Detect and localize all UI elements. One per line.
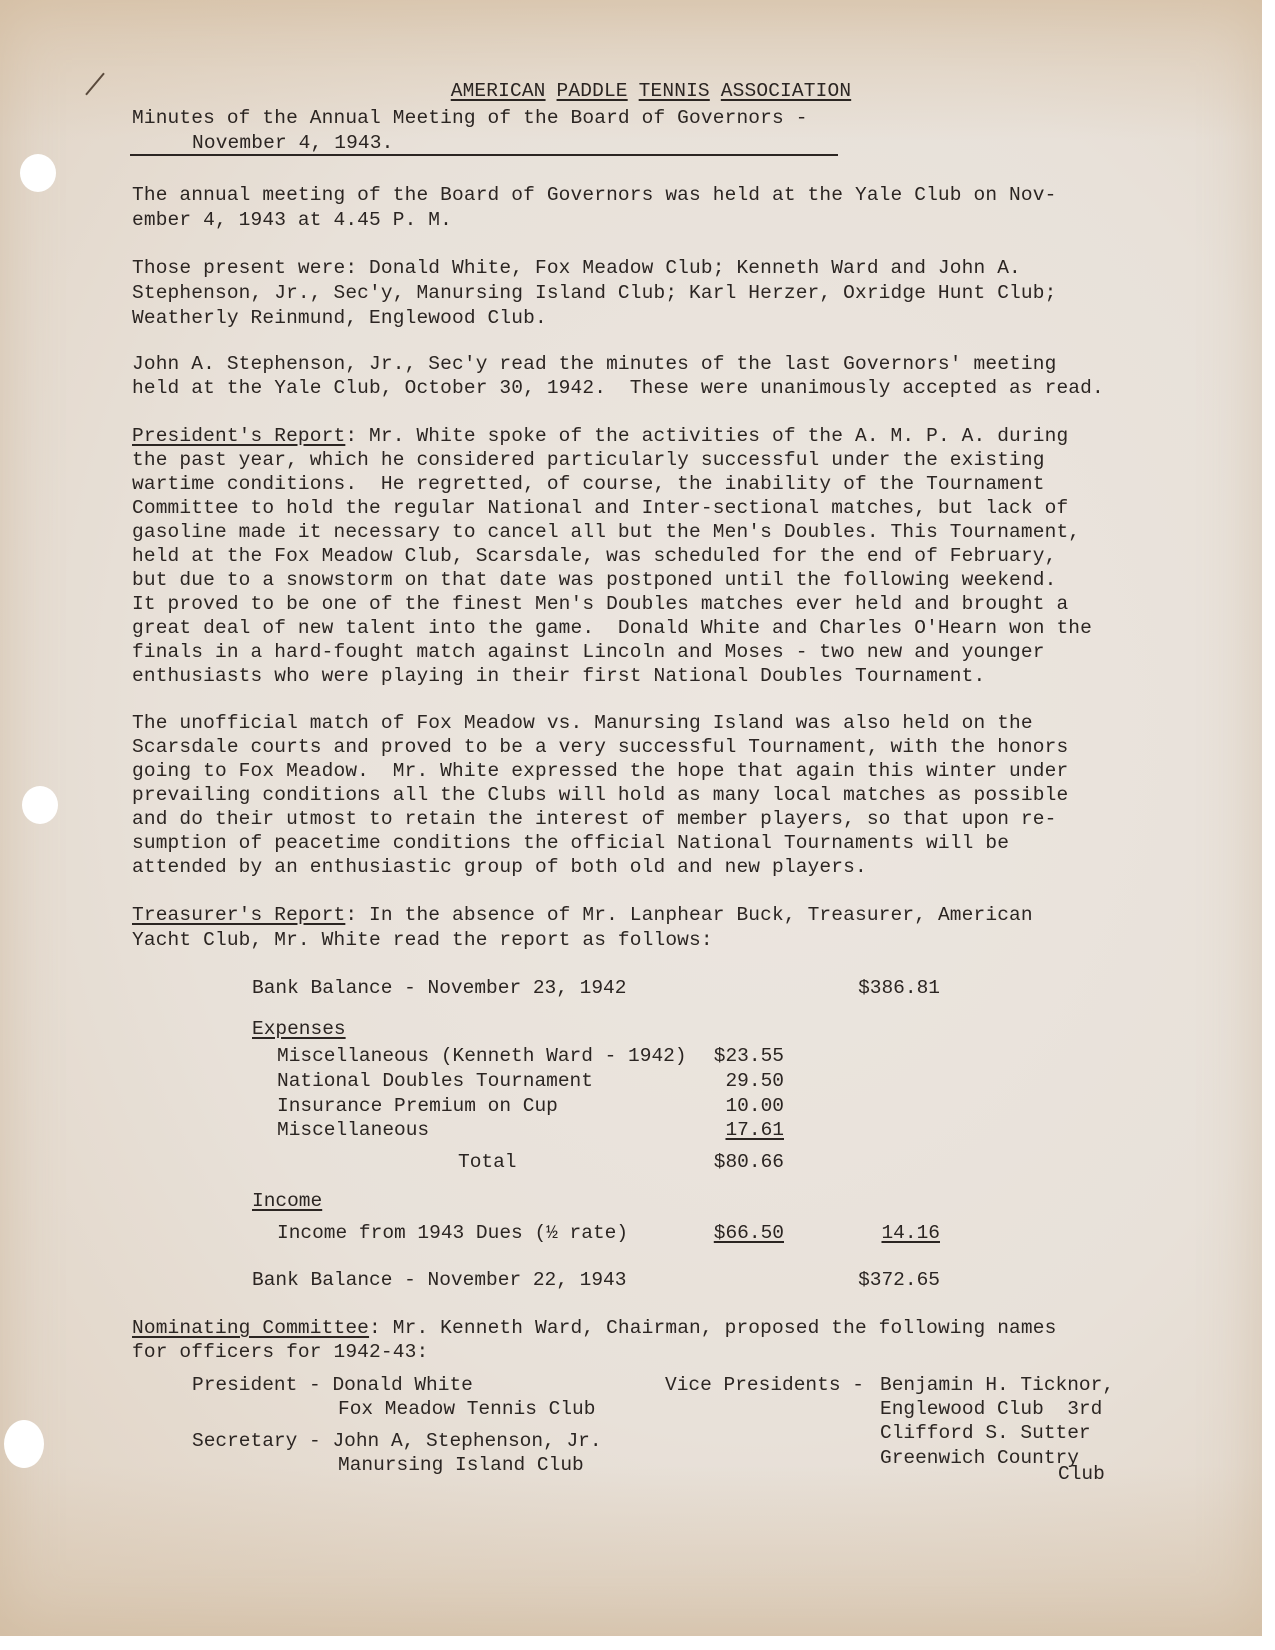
punch-hole <box>20 154 56 192</box>
secretary-nominee: Secretary - John A, Stephenson, Jr. <box>192 1429 602 1454</box>
expense-amount: 10.00 <box>680 1094 784 1119</box>
title-word: TENNIS <box>639 80 710 102</box>
unofficial-match-line: attended by an enthusiastic group of bot… <box>132 855 867 880</box>
nominating-line: for officers for 1942-43: <box>132 1340 428 1365</box>
vice-presidents-label: Vice Presidents - <box>665 1373 876 1398</box>
punch-hole <box>22 786 58 824</box>
closing-balance-amount: $372.65 <box>820 1268 940 1293</box>
opening-balance-amount: $386.81 <box>820 976 940 1001</box>
net-change-underlined: 14.16 <box>881 1222 940 1244</box>
expenses-total-label: Total <box>458 1150 517 1175</box>
nominee-club: Manursing Island Club <box>338 1453 584 1478</box>
vice-president-line: Clifford S. Sutter <box>880 1421 1091 1446</box>
president-report-line: gasoline made it necessary to cancel all… <box>132 520 1080 545</box>
vice-president-line: Benjamin H. Ticknor, <box>880 1373 1114 1398</box>
president-report-line: held at the Fox Meadow Club, Scarsdale, … <box>132 544 1056 569</box>
expense-amount: $23.55 <box>680 1044 784 1069</box>
president-report-heading: President's Report <box>132 425 345 447</box>
intro-line: ember 4, 1943 at 4.45 P. M. <box>132 208 452 233</box>
expense-label: Insurance Premium on Cup <box>277 1094 558 1119</box>
document-title: AMERICANPADDLETENNISASSOCIATION <box>427 54 862 104</box>
expense-label: National Doubles Tournament <box>277 1069 593 1094</box>
president-report-line: great deal of new talent into the game. … <box>132 616 1092 641</box>
expenses-total-amount: $80.66 <box>680 1150 784 1175</box>
treasurer-report-line: Yacht Club, Mr. White read the report as… <box>132 928 713 953</box>
treasurer-report-first-line: Treasurer's Report: In the absence of Mr… <box>132 903 1033 928</box>
unofficial-match-line: prevailing conditions all the Clubs will… <box>132 783 1068 808</box>
expense-label: Miscellaneous (Kenneth Ward - 1942) <box>277 1044 687 1069</box>
unofficial-match-line: The unofficial match of Fox Meadow vs. M… <box>132 711 1033 736</box>
unofficial-match-line: going to Fox Meadow. Mr. White expressed… <box>132 759 1068 784</box>
president-report-line: wartime conditions. He regretted, of cou… <box>132 472 1045 497</box>
nominee-name: John A, Stephenson, Jr. <box>332 1430 601 1452</box>
expense-amount: 29.50 <box>680 1069 784 1094</box>
minutes-line: held at the Yale Club, October 30, 1942.… <box>132 376 1104 401</box>
president-report-line: Committee to hold the regular National a… <box>132 496 1068 521</box>
present-line: Those present were: Donald White, Fox Me… <box>132 256 1021 281</box>
unofficial-match-line: sumption of peacetime conditions the off… <box>132 831 1009 856</box>
net-change-amount: 14.16 <box>820 1221 940 1246</box>
president-report-line: It proved to be one of the finest Men's … <box>132 592 1068 617</box>
vice-president-line: Greenwich Country <box>880 1446 1079 1471</box>
title-word: PADDLE <box>557 80 628 102</box>
nominating-text: : Mr. Kenneth Ward, Chairman, proposed t… <box>369 1317 1056 1339</box>
title-word: AMERICAN <box>451 80 546 102</box>
president-report-line: enthusiasts who were playing in their fi… <box>132 664 985 689</box>
subtitle-underline <box>130 154 838 156</box>
present-line: Weatherly Reinmund, Englewood Club. <box>132 306 547 331</box>
meeting-date: November 4, 1943. <box>192 131 393 156</box>
opening-balance-label: Bank Balance - November 23, 1942 <box>252 976 626 1001</box>
income-label: Income from 1943 Dues (½ rate) <box>277 1221 628 1246</box>
role-label: President - <box>192 1374 332 1396</box>
nominating-heading: Nominating Committee <box>132 1317 369 1339</box>
president-report-first-line: President's Report: Mr. White spoke of t… <box>132 424 1068 449</box>
nominee-club: Fox Meadow Tennis Club <box>338 1397 595 1422</box>
income-amount-underlined: $66.50 <box>714 1222 784 1244</box>
president-report-line: but due to a snowstorm on that date was … <box>132 568 1056 593</box>
expense-amount: 17.61 <box>680 1118 784 1143</box>
vice-president-overflow: Club <box>1058 1462 1105 1487</box>
unofficial-match-line: Scarsdale courts and proved to be a very… <box>132 735 1068 760</box>
vice-president-line: Englewood Club 3rd <box>880 1397 1102 1422</box>
president-report-line: the past year, which he considered parti… <box>132 448 1045 473</box>
president-report-line: finals in a hard-fought match against Li… <box>132 640 1045 665</box>
nominee-name: Donald White <box>332 1374 472 1396</box>
income-amount: $66.50 <box>680 1221 784 1246</box>
expense-amount-underlined: 17.61 <box>725 1119 784 1141</box>
closing-balance-label: Bank Balance - November 22, 1943 <box>252 1268 626 1293</box>
expense-label: Miscellaneous <box>277 1118 429 1143</box>
president-nominee: President - Donald White <box>192 1373 473 1398</box>
expenses-heading: Expenses <box>252 1017 346 1042</box>
treasurer-report-text: : In the absence of Mr. Lanphear Buck, T… <box>345 904 1032 926</box>
intro-line: The annual meeting of the Board of Gover… <box>132 183 1056 208</box>
present-line: Stephenson, Jr., Sec'y, Manursing Island… <box>132 281 1056 306</box>
nominating-first-line: Nominating Committee: Mr. Kenneth Ward, … <box>132 1316 1056 1341</box>
punch-hole <box>4 1420 44 1468</box>
income-heading: Income <box>252 1189 322 1214</box>
treasurer-report-heading: Treasurer's Report <box>132 904 345 926</box>
unofficial-match-line: and do their utmost to retain the intere… <box>132 807 1056 832</box>
minutes-subtitle: Minutes of the Annual Meeting of the Boa… <box>132 106 808 131</box>
title-word: ASSOCIATION <box>721 80 851 102</box>
president-report-text: : Mr. White spoke of the activities of t… <box>345 425 1068 447</box>
minutes-line: John A. Stephenson, Jr., Sec'y read the … <box>132 352 1056 377</box>
role-label: Secretary - <box>192 1430 332 1452</box>
